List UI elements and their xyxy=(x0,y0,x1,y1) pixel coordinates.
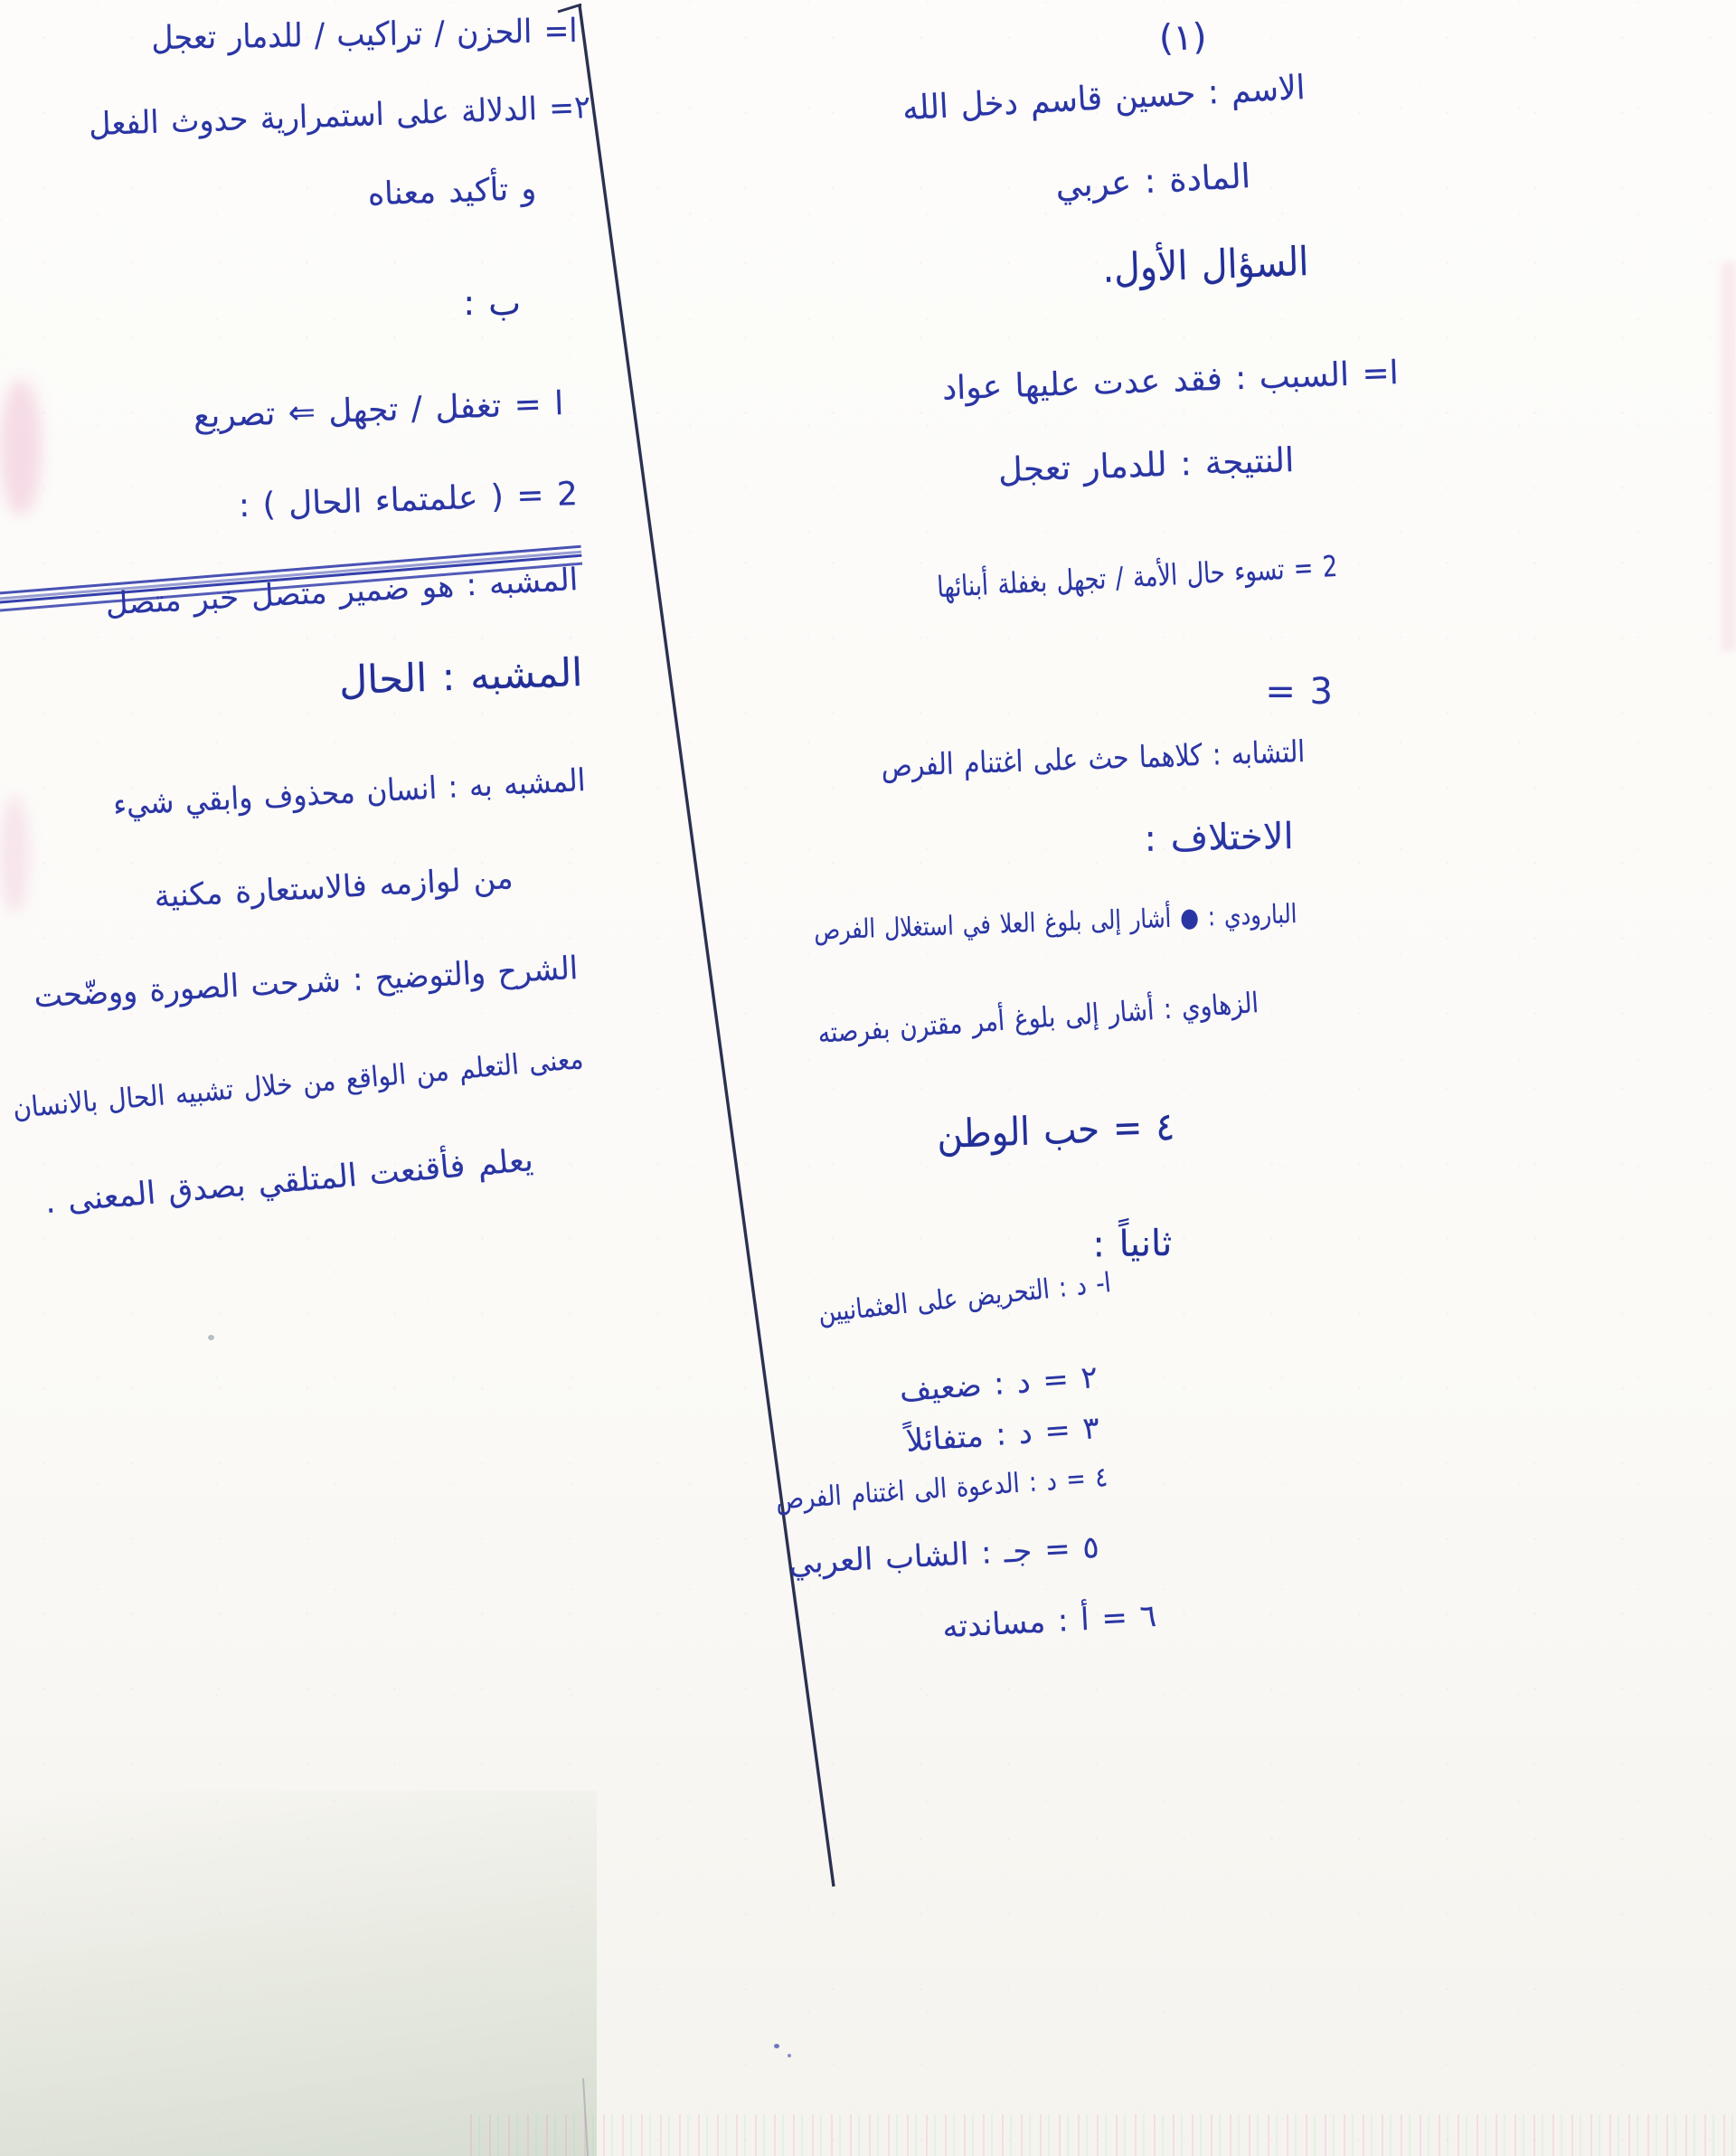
question-one-title: السؤال الأول. xyxy=(1101,237,1309,294)
subject-line: المادة : عربي xyxy=(1055,156,1252,207)
answer-line: 2 = تسوء حال الأمة / تجهل بغفلة أبنائها xyxy=(936,548,1338,605)
answer-line: 2 = ( علمتماء الحال ) : xyxy=(238,474,578,526)
answer-line: ا- د : التحريض على العثمانيين xyxy=(816,1266,1112,1330)
pencil-dot xyxy=(208,1335,214,1340)
answer-line: ا = تغفل / تجهل ⇐ تصريع xyxy=(193,383,564,437)
answer-number-line: 3 = xyxy=(1265,669,1333,714)
answer-line: الزهاوي : أشار إلى بلوغ أمر مقترن بفرصته xyxy=(816,986,1260,1052)
ink-dot xyxy=(774,2044,779,2048)
answer-line: ٤ = د : الدعوة الى اغتنام الفرص xyxy=(775,1461,1109,1518)
answer-line: البارودي : ● أشار إلى بلوغ العلا في استغ… xyxy=(814,897,1297,947)
answer-line: ٦ = أ : مساندته xyxy=(942,1597,1158,1647)
part-b-label: ب : xyxy=(463,282,521,326)
page-number: (١) xyxy=(1158,14,1207,61)
answer-line: الشرح والتوضيح : شرحت الصورة ووضّحت xyxy=(33,950,580,1017)
answer-line: ٥ = جـ : الشاب العربي xyxy=(788,1528,1099,1583)
answer-line: و تأكيد معناه xyxy=(367,170,537,215)
answer-line: من لوازمه فالاستعارة مكنية xyxy=(153,859,514,916)
answer-line: ٢ = د : ضعيف xyxy=(898,1358,1099,1411)
answer-line: ا= السبب : فقد عدت عليها عواد xyxy=(942,353,1400,410)
answer-line: المشبه : الحال xyxy=(338,649,583,706)
answer-line: معنى التعلم من الواقع من خلال تشبيه الحا… xyxy=(11,1042,584,1127)
scan-smudge-right-edge xyxy=(1722,262,1736,651)
answer-line: ٢= الدلالة على استمرارية حدوث الفعل xyxy=(88,89,590,146)
answer-line: التشابه : كلاهما حث على اغتنام الفرص xyxy=(881,733,1306,785)
section-two-title: ثانياً : xyxy=(1092,1221,1173,1268)
answer-line: يعلم فأقنعت المتلقي بصدق المعنى . xyxy=(43,1141,534,1224)
answer-line: الاختلاف : xyxy=(1144,814,1294,862)
answer-line: المشبه به : انسان محذوف وابقي شيء xyxy=(112,761,586,825)
ink-dot xyxy=(788,2054,791,2057)
answer-line: ٤ = حب الوطن xyxy=(936,1103,1175,1160)
answer-line: النتيجة : للدمار تعجل xyxy=(997,440,1295,492)
student-name-line: الاسم : حسين قاسم دخل الله xyxy=(901,67,1306,130)
scan-streaks-bottom-edge xyxy=(470,2114,1736,2156)
answer-line: ٣ = د : متفائلاً xyxy=(904,1409,1100,1461)
scan-shadow-bottom-left xyxy=(0,1791,597,2156)
scan-smudge-left-edge xyxy=(0,380,42,515)
answer-line: ا= الحزن / تراكيب / للدمار تعجل xyxy=(151,11,578,59)
scanned-answer-sheet: (١) الاسم : حسين قاسم دخل الله المادة : … xyxy=(0,0,1736,2156)
scan-smudge-left-edge xyxy=(0,796,29,913)
